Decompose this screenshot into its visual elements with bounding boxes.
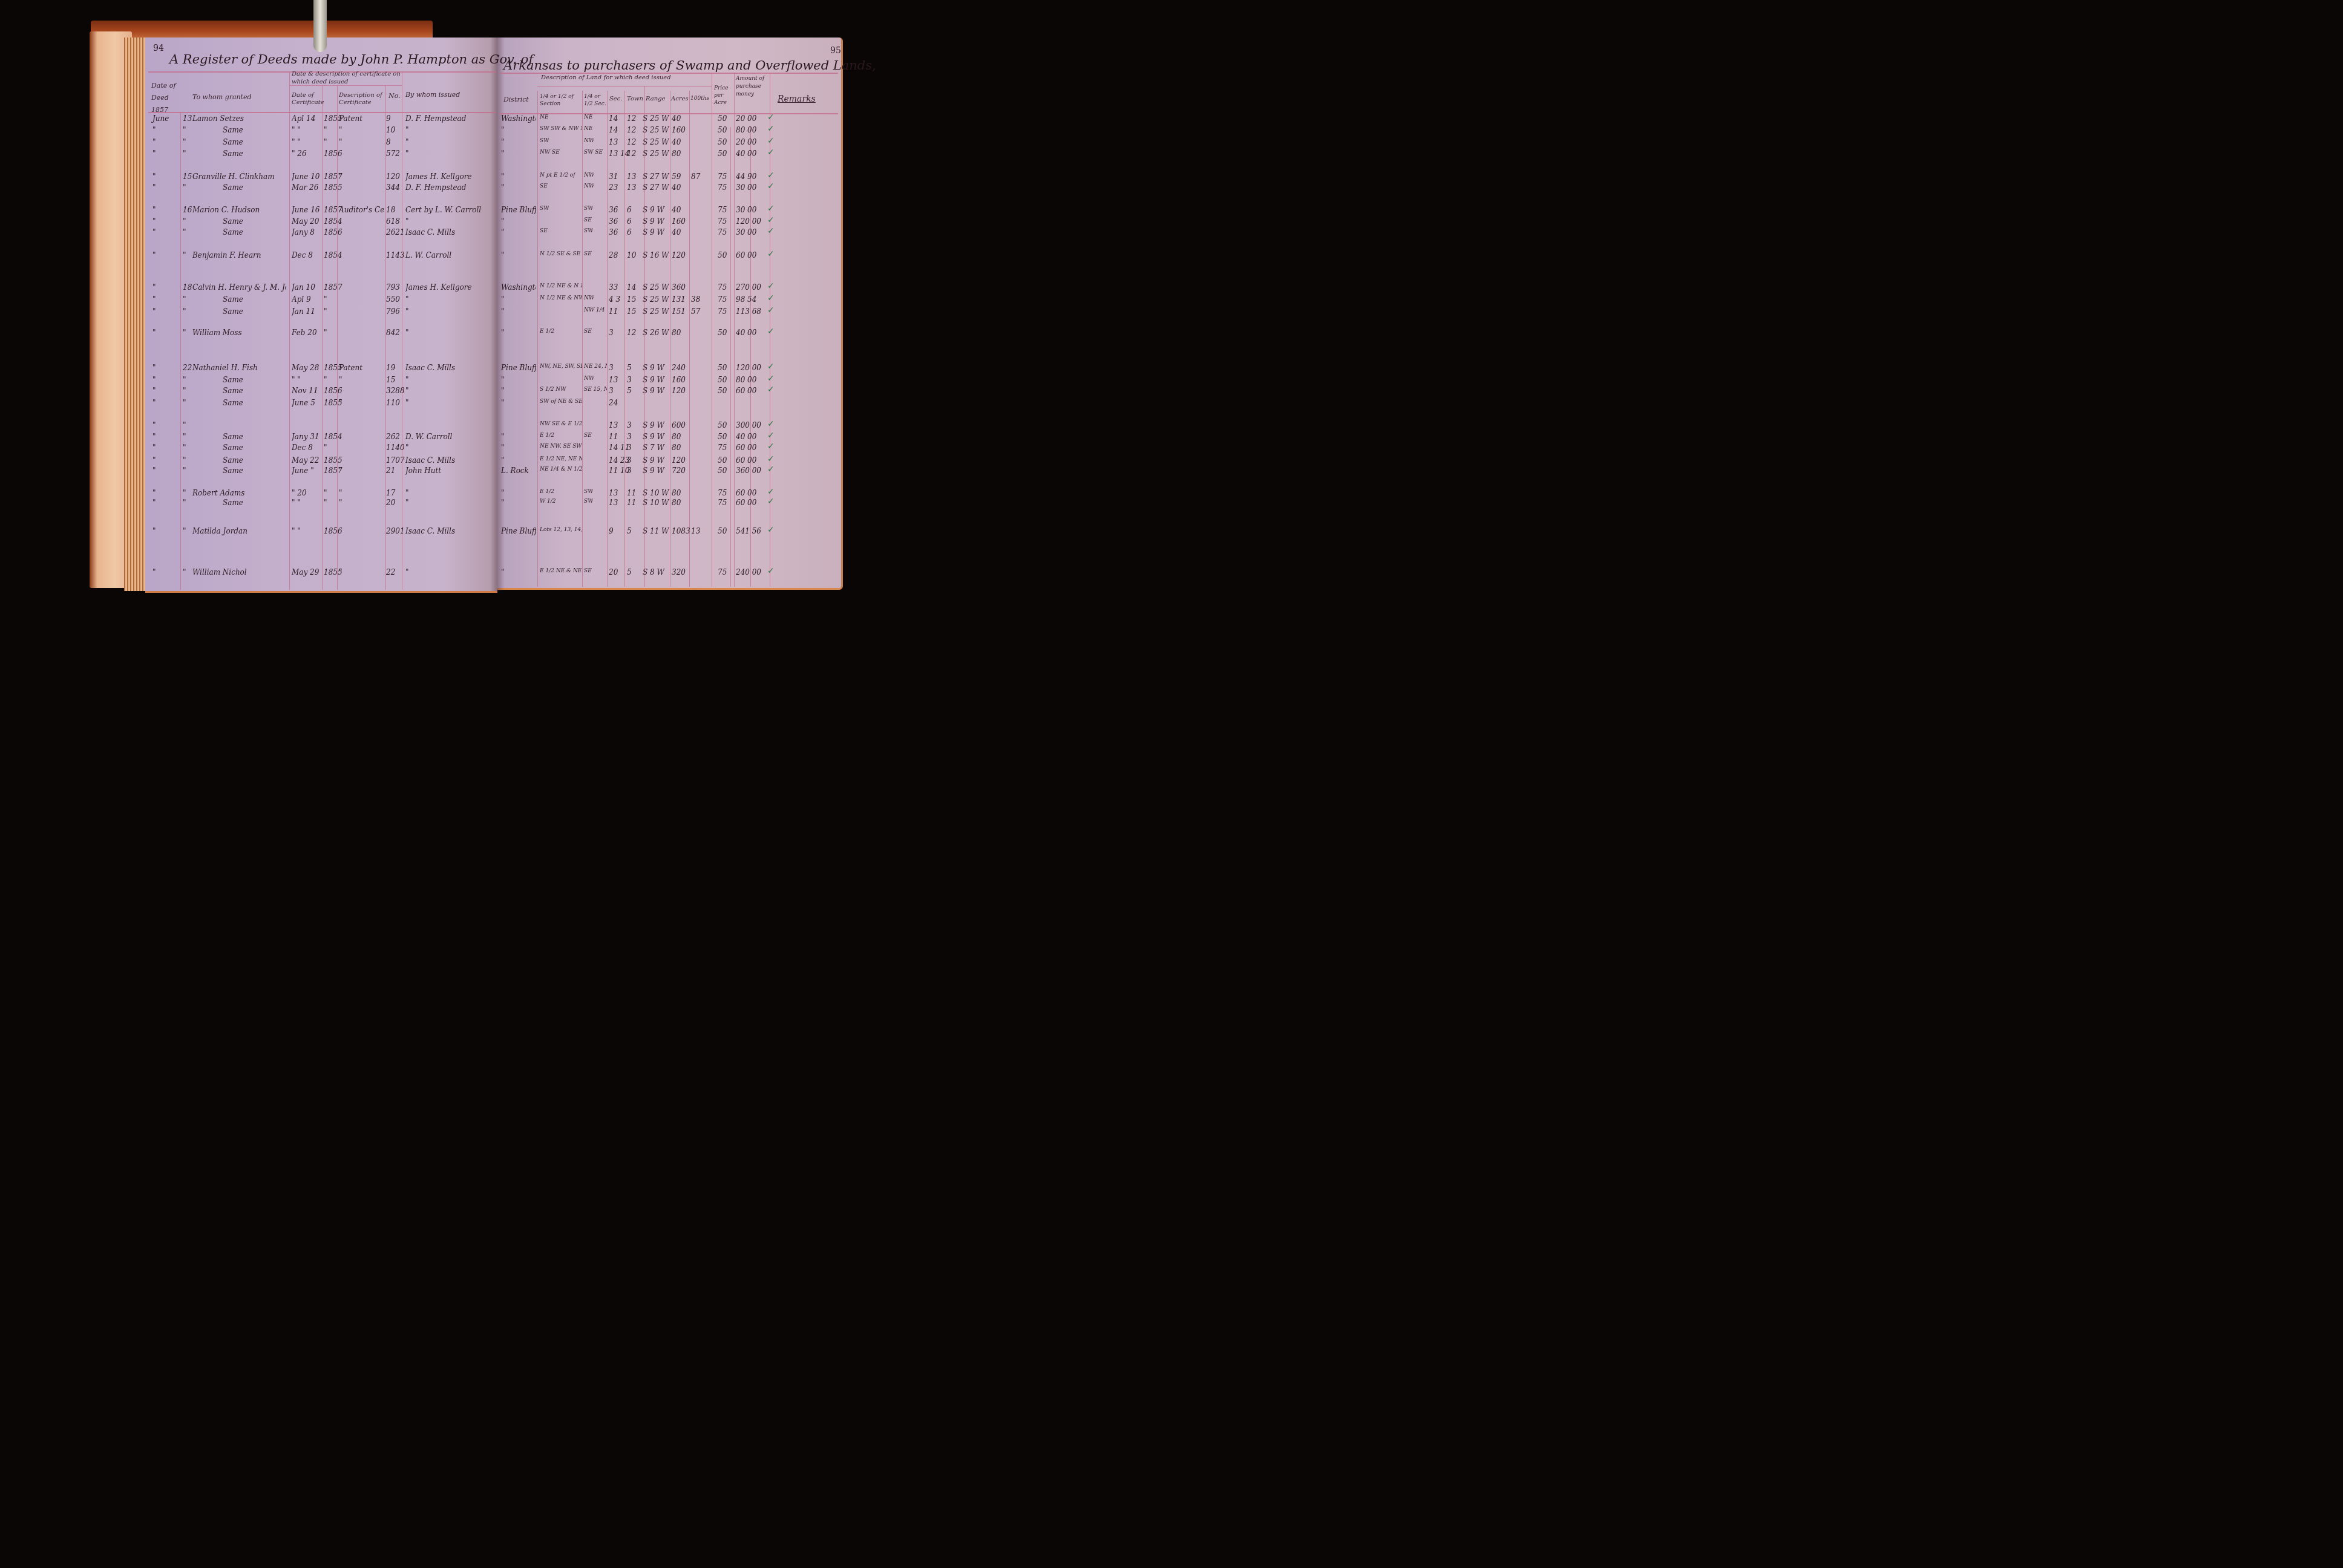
- row-amount: 120 00: [736, 364, 761, 372]
- row-range: S 10 W: [643, 489, 669, 497]
- row-issued-by: ": [405, 443, 409, 452]
- row-range: S 27 W: [643, 183, 669, 192]
- ledger-title-right: Arkansas to purchasers of Swamp and Over…: [503, 58, 876, 73]
- row-district: ": [501, 387, 505, 395]
- row-cert-no: 9: [386, 114, 391, 123]
- row-town: 11: [627, 489, 636, 497]
- row-price: 75: [718, 228, 727, 237]
- row-district: ": [501, 489, 505, 497]
- row-acres: 151: [672, 307, 686, 316]
- row-quarter-quarter: NW: [584, 183, 594, 189]
- row-grantee: Same: [223, 387, 243, 395]
- row-issued-by: ": [405, 387, 409, 395]
- header-hundredths: 100ths: [690, 96, 709, 102]
- row-acres: 160: [672, 126, 686, 134]
- row-quarter-quarter: NW 1/4: [584, 307, 605, 313]
- row-grantee: Same: [223, 228, 243, 237]
- col-rule: [337, 85, 338, 590]
- row-district: ": [501, 456, 505, 465]
- row-town: 5: [627, 527, 632, 535]
- row-month: ": [152, 498, 156, 507]
- col-rule: [750, 127, 751, 587]
- row-amount: 30 00: [736, 183, 756, 192]
- row-amount: 300 00: [736, 421, 761, 430]
- row-quarter-section: NE: [540, 114, 548, 120]
- row-range: S 9 W: [643, 456, 664, 465]
- row-cert-date: Nov 11: [292, 387, 318, 395]
- row-price: 75: [718, 568, 727, 577]
- row-cert-date: May 20: [292, 217, 319, 226]
- header-acres: Acres: [671, 96, 689, 102]
- row-quarter-quarter: NW: [584, 138, 594, 144]
- green-checkmark-icon: ✓: [767, 419, 775, 429]
- row-quarter-quarter: SE: [584, 217, 592, 223]
- row-cert-desc: ": [339, 376, 342, 384]
- row-day: ": [183, 149, 186, 158]
- row-town: 12: [627, 328, 636, 337]
- row-cert-desc: ": [339, 172, 342, 181]
- row-cert-no: 1143: [386, 251, 405, 260]
- row-cert-year: ": [324, 307, 327, 316]
- row-price: 50: [718, 433, 727, 441]
- row-quarter-quarter: SW: [584, 206, 593, 212]
- row-grantee: Nathaniel H. Fish: [192, 364, 258, 372]
- row-range: S 25 W: [643, 307, 669, 316]
- header-date-of-deed: Date of Deed 1857: [151, 80, 179, 116]
- row-amount: 60 00: [736, 498, 756, 507]
- row-cert-date: June 10: [292, 172, 319, 181]
- green-checkmark-icon: ✓: [767, 327, 775, 336]
- row-cert-date: Mar 26: [292, 183, 318, 192]
- row-district: ": [501, 307, 505, 316]
- row-quarter-section: E 1/2 NE, NE NE: [540, 456, 582, 462]
- row-grantee: Same: [223, 399, 243, 407]
- row-cert-desc: ": [339, 466, 342, 475]
- row-cert-year: 1854: [324, 217, 342, 226]
- row-district: ": [501, 376, 505, 384]
- row-day: 22: [183, 364, 192, 372]
- row-cert-no: 110: [386, 399, 400, 407]
- row-month: ": [152, 443, 156, 452]
- row-month: ": [152, 183, 156, 192]
- row-quarter-section: S 1/2 NW: [540, 387, 566, 393]
- row-issued-by: John Hutt: [405, 466, 441, 475]
- row-quarter-quarter: SE: [584, 568, 592, 574]
- row-acres: 131: [672, 295, 686, 304]
- col-rule: [322, 85, 323, 590]
- row-cert-no: 17: [386, 489, 395, 497]
- row-district: Pine Bluff: [501, 206, 536, 214]
- row-price: 50: [718, 376, 727, 384]
- row-price: 75: [718, 217, 727, 226]
- row-issued-by: Cert by L. W. Carroll: [405, 206, 481, 214]
- row-town: 6: [627, 228, 632, 237]
- row-day: ": [183, 489, 186, 497]
- right-page-number: 95: [830, 46, 841, 56]
- row-grantee: Matilda Jordan: [192, 527, 247, 535]
- green-checkmark-icon: ✓: [767, 442, 775, 451]
- row-amount: 60 00: [736, 443, 756, 452]
- row-cert-date: Jany 8: [292, 228, 315, 237]
- row-range: S 9 W: [643, 364, 664, 372]
- row-town: 3: [627, 376, 632, 384]
- row-cert-no: 572: [386, 149, 400, 158]
- row-cert-year: 1855: [324, 456, 342, 465]
- green-checkmark-icon: ✓: [767, 281, 775, 291]
- row-grantee: Calvin H. Henry & J. M. Jones: [192, 283, 286, 292]
- row-day: 15: [183, 172, 192, 181]
- row-range: S 11 W: [643, 527, 669, 535]
- row-day: ": [183, 376, 186, 384]
- row-amount: 60 00: [736, 387, 756, 395]
- row-town: 3: [627, 421, 632, 430]
- row-grantee: Same: [223, 183, 243, 192]
- green-checkmark-icon: ✓: [767, 181, 775, 191]
- row-amount: 40 00: [736, 433, 756, 441]
- row-grantee: Same: [223, 138, 243, 146]
- header-sec: Sec.: [609, 96, 623, 102]
- row-quarter-section: SW: [540, 206, 549, 212]
- row-issued-by: ": [405, 328, 409, 337]
- row-issued-by: ": [405, 149, 409, 158]
- row-town: 6: [627, 206, 632, 214]
- row-issued-by: ": [405, 399, 409, 407]
- row-cert-date: " ": [292, 376, 301, 384]
- row-day: ": [183, 498, 186, 507]
- row-quarter-quarter: NE: [584, 114, 592, 120]
- row-district: ": [501, 433, 505, 441]
- row-day: ": [183, 126, 186, 134]
- row-cert-year: 1856: [324, 527, 342, 535]
- row-issued-by: Isaac C. Mills: [405, 228, 455, 237]
- row-cert-no: 793: [386, 283, 400, 292]
- green-checkmark-icon: ✓: [767, 136, 775, 146]
- row-range: S 26 W: [643, 328, 669, 337]
- row-cert-date: " 26: [292, 149, 307, 158]
- row-amount: 30 00: [736, 206, 756, 214]
- row-district: ": [501, 228, 505, 237]
- row-amount: 44 90: [736, 172, 756, 181]
- left-page-number: 94: [153, 44, 164, 53]
- row-issued-by: D. F. Hempstead: [405, 114, 466, 123]
- row-month: ": [152, 433, 156, 441]
- row-acres: 600: [672, 421, 686, 430]
- row-grantee: Same: [223, 295, 243, 304]
- row-cert-date: June 5: [292, 399, 315, 407]
- row-district: ": [501, 498, 505, 507]
- row-cert-date: May 22: [292, 456, 319, 465]
- row-cert-desc: ": [339, 126, 342, 134]
- row-month: ": [152, 421, 156, 430]
- row-day: ": [183, 387, 186, 395]
- row-price: 75: [718, 172, 727, 181]
- row-price: 50: [718, 138, 727, 146]
- row-range: S 9 W: [643, 376, 664, 384]
- row-cert-desc: ": [339, 399, 342, 407]
- row-town: 13: [627, 183, 636, 192]
- row-issued-by: ": [405, 498, 409, 507]
- row-day: ": [183, 138, 186, 146]
- row-grantee: Same: [223, 376, 243, 384]
- row-acres: 40: [672, 138, 681, 146]
- row-month: ": [152, 466, 156, 475]
- row-month: ": [152, 456, 156, 465]
- green-checkmark-icon: ✓: [767, 465, 775, 474]
- row-range: S 16 W: [643, 251, 669, 260]
- row-cert-no: 262: [386, 433, 400, 441]
- row-cert-desc: ": [339, 498, 342, 507]
- col-rule: [734, 73, 735, 587]
- row-price: 50: [718, 328, 727, 337]
- row-amount: 360 00: [736, 466, 761, 475]
- row-cert-no: 2621: [386, 228, 405, 237]
- header-price-per-acre: Price per Acre: [714, 85, 733, 106]
- row-cert-year: 1856: [324, 149, 342, 158]
- row-cert-year: ": [324, 498, 327, 507]
- row-quarter-quarter: SW: [584, 228, 593, 234]
- row-issued-by: ": [405, 138, 409, 146]
- row-range: S 25 W: [643, 138, 669, 146]
- col-rule: [670, 91, 670, 587]
- row-quarter-quarter: NW: [584, 172, 594, 178]
- green-checkmark-icon: ✓: [767, 171, 775, 180]
- row-grantee: Same: [223, 466, 243, 475]
- row-range: S 9 W: [643, 433, 664, 441]
- row-cert-date: " ": [292, 138, 301, 146]
- row-sec: 36: [609, 217, 618, 226]
- row-grantee: Same: [223, 433, 243, 441]
- row-amount: 113 68: [736, 307, 761, 316]
- row-cert-year: 1856: [324, 387, 342, 395]
- row-sec: 3: [609, 364, 614, 372]
- row-day: 13: [183, 114, 192, 123]
- header-amount: Amount of purchase money: [736, 75, 769, 99]
- row-town: 15: [627, 307, 636, 316]
- row-cert-date: Jan 10: [292, 283, 315, 292]
- row-hundredths: 13: [691, 527, 700, 535]
- header-remarks: Remarks: [778, 94, 816, 104]
- row-day: ": [183, 466, 186, 475]
- row-district: ": [501, 328, 505, 337]
- header-date-of-certificate: Date of Certificate: [292, 92, 322, 106]
- row-price: 50: [718, 421, 727, 430]
- row-cert-date: Jany 31: [292, 433, 319, 441]
- row-cert-no: 8: [386, 138, 391, 146]
- row-amount: 240 00: [736, 568, 761, 577]
- row-day: 16: [183, 206, 192, 214]
- row-quarter-section: NE NW, SE SW: [540, 443, 582, 449]
- row-cert-desc: Patent: [339, 114, 362, 123]
- header-by-whom-issued: By whom issued: [405, 91, 460, 99]
- row-district: ": [501, 295, 505, 304]
- row-cert-no: 344: [386, 183, 400, 192]
- row-cert-date: " ": [292, 498, 301, 507]
- row-quarter-section: E 1/2: [540, 433, 554, 439]
- row-cert-no: 22: [386, 568, 395, 577]
- row-issued-by: ": [405, 307, 409, 316]
- row-acres: 40: [672, 114, 681, 123]
- row-sec: 24: [609, 399, 618, 407]
- row-sec: 9: [609, 527, 614, 535]
- row-month: June: [152, 114, 169, 123]
- row-quarter-section: N 1/2 NE & NW: [540, 295, 582, 301]
- row-range: S 9 W: [643, 217, 664, 226]
- row-sec: 33: [609, 283, 618, 292]
- row-quarter-section: N 1/2 SE & SE: [540, 251, 580, 257]
- row-cert-year: 1855: [324, 183, 342, 192]
- row-town: 3: [627, 466, 632, 475]
- col-rule: [712, 73, 712, 587]
- row-sec: 13: [609, 138, 618, 146]
- row-acres: 40: [672, 228, 681, 237]
- row-quarter-section: E 1/2: [540, 489, 554, 495]
- row-amount: 20 00: [736, 114, 756, 123]
- row-sec: 11: [609, 307, 618, 316]
- row-quarter-quarter: SW SE: [584, 149, 603, 155]
- row-town: 12: [627, 126, 636, 134]
- row-day: ": [183, 527, 186, 535]
- row-issued-by: ": [405, 295, 409, 304]
- row-district: ": [501, 149, 505, 158]
- row-price: 75: [718, 307, 727, 316]
- row-acres: 120: [672, 387, 686, 395]
- row-range: S 25 W: [643, 295, 669, 304]
- row-price: 50: [718, 114, 727, 123]
- green-checkmark-icon: ✓: [767, 566, 775, 576]
- row-range: S 9 W: [643, 206, 664, 214]
- row-month: ": [152, 328, 156, 337]
- row-grantee: Granville H. Clinkham: [192, 172, 275, 181]
- row-day: ": [183, 328, 186, 337]
- col-rule: [385, 85, 386, 590]
- row-price: 75: [718, 498, 727, 507]
- row-day: ": [183, 228, 186, 237]
- row-acres: 720: [672, 466, 686, 475]
- row-sec: 11: [609, 433, 618, 441]
- row-sec: 14: [609, 126, 618, 134]
- row-acres: 1083: [672, 527, 690, 535]
- row-quarter-quarter: SW: [584, 489, 593, 495]
- row-grantee: Same: [223, 149, 243, 158]
- row-price: 50: [718, 527, 727, 535]
- row-issued-by: L. W. Carroll: [405, 251, 451, 260]
- row-cert-no: 21: [386, 466, 395, 475]
- row-range: S 25 W: [643, 149, 669, 158]
- row-cert-desc: ": [339, 489, 342, 497]
- row-amount: 60 00: [736, 489, 756, 497]
- row-cert-date: Dec 8: [292, 251, 313, 260]
- green-checkmark-icon: ✓: [767, 454, 775, 464]
- row-district: ": [501, 217, 505, 226]
- green-checkmark-icon: ✓: [767, 148, 775, 157]
- row-acres: 120: [672, 456, 686, 465]
- green-checkmark-icon: ✓: [767, 113, 775, 122]
- header-quarter-of-quarter: 1/4 or 1/2 Sec.: [584, 93, 607, 108]
- row-range: S 25 W: [643, 126, 669, 134]
- row-cert-date: Dec 8: [292, 443, 313, 452]
- row-month: ": [152, 527, 156, 535]
- row-acres: 80: [672, 498, 681, 507]
- row-issued-by: ": [405, 489, 409, 497]
- row-amount: 60 00: [736, 456, 756, 465]
- row-price: 50: [718, 364, 727, 372]
- row-grantee: Robert Adams: [192, 489, 244, 497]
- row-town: 5: [627, 387, 632, 395]
- row-hundredths: 38: [691, 295, 700, 304]
- row-quarter-section: NW SE: [540, 149, 560, 155]
- metal-bookmark-clip: [313, 0, 327, 52]
- row-cert-no: 20: [386, 498, 395, 507]
- page-edges: [124, 38, 148, 591]
- row-cert-year: ": [324, 126, 327, 134]
- row-month: ": [152, 399, 156, 407]
- row-range: S 9 W: [643, 421, 664, 430]
- row-cert-year: ": [324, 376, 327, 384]
- row-amount: 80 00: [736, 126, 756, 134]
- row-day: ": [183, 443, 186, 452]
- row-town: 3: [627, 443, 632, 452]
- row-cert-year: 1854: [324, 433, 342, 441]
- row-price: 50: [718, 149, 727, 158]
- row-month: ": [152, 387, 156, 395]
- row-district: ": [501, 443, 505, 452]
- row-acres: 59: [672, 172, 681, 181]
- row-cert-no: 618: [386, 217, 400, 226]
- row-district: Pine Bluff: [501, 364, 536, 372]
- row-quarter-quarter: SE: [584, 433, 592, 439]
- row-month: ": [152, 228, 156, 237]
- row-amount: 80 00: [736, 376, 756, 384]
- row-sec: 23: [609, 183, 618, 192]
- row-acres: 160: [672, 376, 686, 384]
- row-issued-by: Isaac C. Mills: [405, 527, 455, 535]
- row-district: ": [501, 568, 505, 577]
- header-quarter-section: 1/4 or 1/2 of Section: [540, 93, 581, 108]
- row-quarter-section: NW, NE, SW, SE, S 1/2: [540, 364, 582, 370]
- row-town: 12: [627, 149, 636, 158]
- row-sec: 36: [609, 206, 618, 214]
- row-cert-date: Feb 20: [292, 328, 317, 337]
- row-quarter-section: SW: [540, 138, 549, 144]
- row-month: ": [152, 364, 156, 372]
- row-acres: 120: [672, 251, 686, 260]
- row-price: 75: [718, 443, 727, 452]
- col-rule: [582, 91, 583, 587]
- row-cert-no: 842: [386, 328, 400, 337]
- row-hundredths: 87: [691, 172, 700, 181]
- row-cert-no: 3288: [386, 387, 405, 395]
- row-issued-by: James H. Kellgore: [405, 172, 472, 181]
- row-day: ": [183, 217, 186, 226]
- header-town: Town: [627, 96, 643, 102]
- row-month: ": [152, 206, 156, 214]
- row-amount: 98 54: [736, 295, 756, 304]
- row-sec: 13: [609, 421, 618, 430]
- row-town: 13: [627, 172, 636, 181]
- row-district: Washington: [501, 283, 536, 292]
- row-range: S 9 W: [643, 466, 664, 475]
- row-quarter-section: Lots 12, 13, 14, 15, 16, 17, 18, 19, 20,…: [540, 527, 582, 533]
- row-quarter-section: E 1/2 NE & NE: [540, 568, 582, 574]
- row-month: ": [152, 251, 156, 260]
- row-price: 50: [718, 126, 727, 134]
- row-cert-desc: ": [339, 568, 342, 577]
- row-town: 10: [627, 251, 636, 260]
- row-range: S 9 W: [643, 387, 664, 395]
- col-rule: [607, 91, 608, 587]
- row-range: S 25 W: [643, 114, 669, 123]
- header-land-group: Description of Land for which deed issue…: [541, 73, 704, 83]
